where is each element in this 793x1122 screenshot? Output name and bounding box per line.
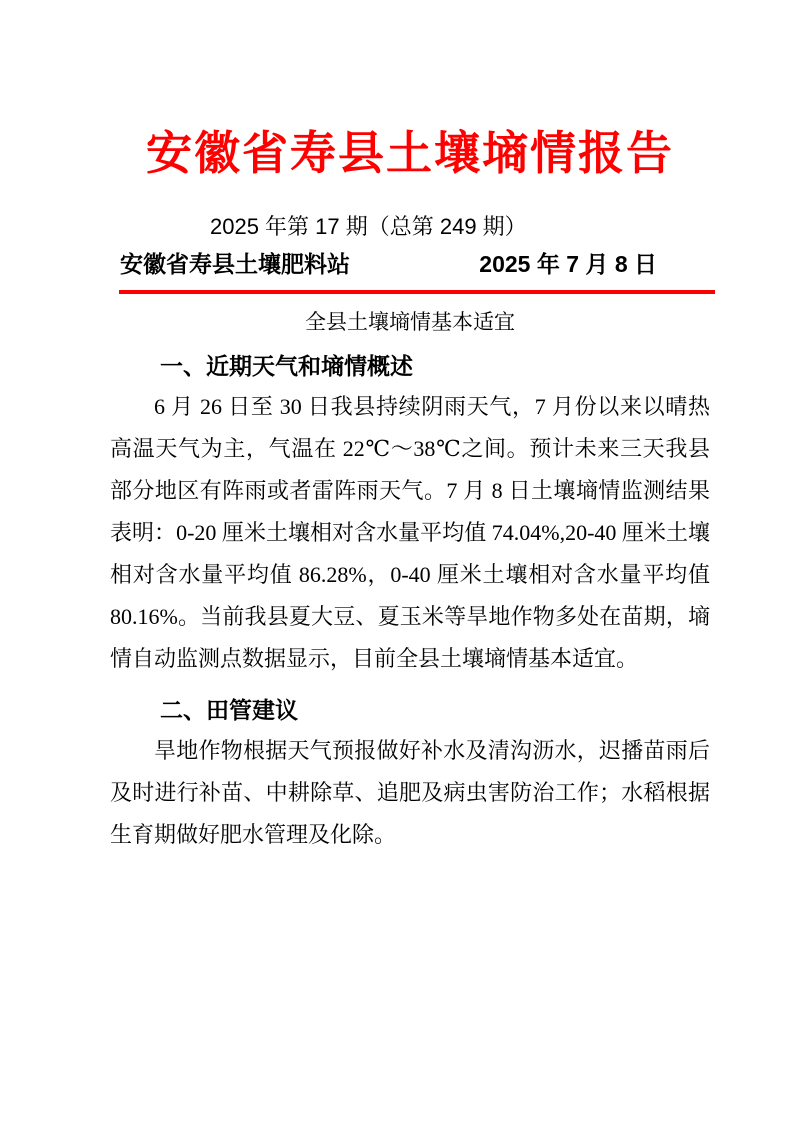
section-heading-advice: 二、田管建议 (110, 696, 710, 726)
section-body-advice: 旱地作物根据天气预报做好补水及清沟沥水，迟播苗雨后及时进行补苗、中耕除草、追肥及… (110, 730, 710, 856)
section-body-weather: 6 月 26 日至 30 日我县持续阴雨天气，7 月份以来以晴热高温天气为主，气… (110, 386, 710, 680)
issue-number-line: 2025 年第 17 期（总第 249 期） (210, 214, 710, 240)
section-weather-overview: 一、近期天气和墒情概述 6 月 26 日至 30 日我县持续阴雨天气，7 月份以… (110, 352, 710, 680)
masthead-row: 安徽省寿县土壤肥料站 2025 年 7 月 8 日 (110, 250, 657, 278)
section-heading-weather: 一、近期天气和墒情概述 (110, 352, 710, 382)
report-headline: 全县土壤墒情基本适宜 (110, 308, 710, 336)
report-page: 安徽省寿县土壤墒情报告 2025 年第 17 期（总第 249 期） 安徽省寿县… (0, 0, 793, 1122)
red-divider-line (119, 290, 715, 294)
publish-date: 2025 年 7 月 8 日 (479, 250, 657, 278)
publisher-name: 安徽省寿县土壤肥料站 (120, 250, 350, 278)
section-field-advice: 二、田管建议 旱地作物根据天气预报做好补水及清沟沥水，迟播苗雨后及时进行补苗、中… (110, 696, 710, 856)
document-title: 安徽省寿县土壤墒情报告 (110, 126, 710, 180)
